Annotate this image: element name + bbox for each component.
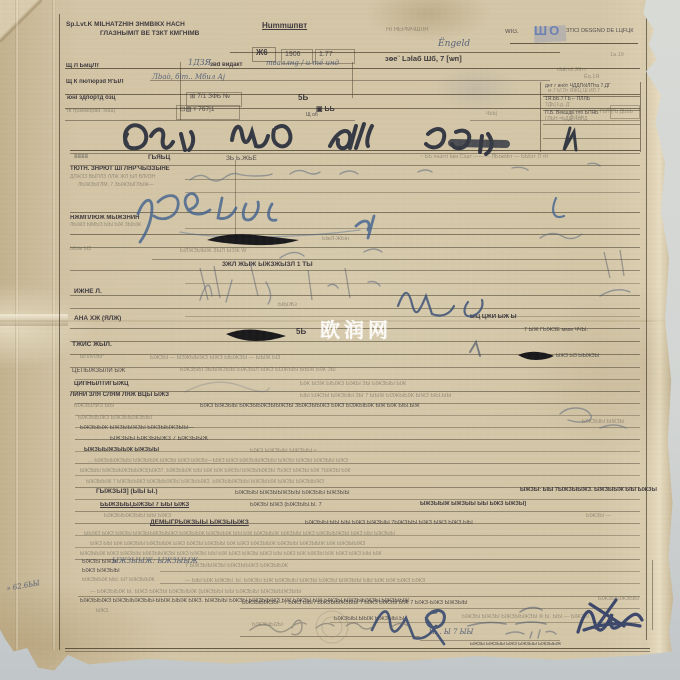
text-handA: тваллнg / и тé инд <box>266 60 339 67</box>
rule-line <box>65 120 355 121</box>
text-r592: — ЫЖЗЫЫЖ Ы. ЫЖЗ ЫЖЗЫ ЫЖЗЫЫЖ (ЫЖЗЫЫ ЫЫ ЫЖ… <box>90 590 301 596</box>
text-seg2t: ⊡▨ т 7б7|1 <box>180 107 214 114</box>
text-caption: ЫЖЗЫ ЫЖЗЫЫ ЫЖЗ ЫЖЗЫЫ ЫЖЗЫЫЖ <box>470 642 561 647</box>
rule-line <box>75 451 640 452</box>
redaction-blob-2 <box>226 330 286 342</box>
text-lab2: Щ К пютюрзd Я'ЫЛ <box>66 79 124 85</box>
text-subR2: Ёq.1Я <box>584 75 599 81</box>
text-t2: ЗЬ Ь.ЖЬЕ <box>226 156 257 163</box>
hatch-marks <box>200 250 624 300</box>
text-postblob: ЫжЛ-ЖЫн <box>322 237 349 243</box>
text-r450a: ЫЖЗЫЫЖЗЫЫЖ ЫЖЗЫЫ <box>84 448 159 454</box>
text-dv2: ЫЖЗ ЫЖЗЫЫ <box>82 569 120 575</box>
text-wig: WІG. <box>505 29 519 35</box>
text-lbl7: ИЖНЕ Л. <box>74 289 102 296</box>
text-r428: ЫЖЗЫЫЖ ЫЖЗЫЫЖЗЫ ЫЖЗЫЫЖЗЫЫ— <box>80 426 194 432</box>
rule-line <box>185 283 640 284</box>
text-seg1a: 1906 <box>285 51 301 58</box>
text-sigrow: ЫЖЗЫЫЖЗЫ— / ЫЖЗ ЫЫ / ЫЖЗЫЫЖЗЫЫ 7 ЫЖЗ ЫЖЗ… <box>242 601 468 607</box>
rule-line <box>65 651 650 652</box>
rule-line <box>75 379 640 380</box>
text-seg1b: 1.77 <box>319 51 333 58</box>
rule-line <box>75 499 640 500</box>
rule-line <box>510 43 638 44</box>
text-handB: Лbаò, бìт.. Мбил Аj <box>152 74 225 81</box>
text-h1905: 1ДЗЯ <box>188 59 211 67</box>
text-n26: Ж6 <box>256 49 268 57</box>
redaction-blob-1 <box>207 234 299 245</box>
text-r384: ЫЖ ЫЗЖ ЫЫЖЗ ЫЖЫ ЗЫ ЫЖЗЫЫ ЫЖ <box>300 382 406 388</box>
text-lbl6a: НЖМПЛЮЖ МЫЖЗНИН <box>70 215 140 221</box>
text-bx1: ▣ ЬЬ <box>316 106 335 113</box>
rule-line <box>185 192 640 193</box>
text-dvc: 7 ЫЖЗЫЫЖЗЫ ЫЖЗЫЫЖЗ ЫЖЗЫЫЖ <box>185 564 288 570</box>
text-demog: ДЕМЫГРЫЖЗЫЫ ЫЖЗЫЫЖЗ <box>150 520 249 527</box>
rule-vline <box>59 14 60 650</box>
text-andmk: звd видакт <box>210 62 242 68</box>
rule-line <box>70 247 640 248</box>
text-para4: ЫЫЖЗ ЫЖЗ ЫЖЗЫ ЫЖЗЫЫЖЗЫЫЖЗ ЫЖЗЫЫЖ ЫЖЗЫЫЖ … <box>84 532 395 537</box>
text-r330: 7 ЫЖ ГЫЖЗЕ ммм ЧЧЫ. <box>524 328 588 334</box>
rule-line <box>70 295 640 296</box>
text-subR1: тіlаbтd Јбlтт <box>556 68 586 74</box>
text-r303: ЫЫЖз <box>278 302 297 308</box>
rule-vline <box>540 82 541 152</box>
text-lab3: юні здпортд öзц <box>67 95 115 101</box>
text-r600R: ЫЖЗЫЫЖЗЫЫ <box>598 597 639 603</box>
rule-line <box>65 648 650 649</box>
text-r406b: ЫЖЗ ЫЖЗЫЫ ЫЖЗЫЫЖЗЫЫЖЗЫ ЗЫЖЗЫЫЖЗ ЫЖЗ ЫЗЖЫ… <box>200 404 420 410</box>
rule-vline <box>235 160 236 238</box>
rule-line <box>230 52 560 53</box>
text-hdr1b: ГЛАЗНЫМІТ ВЕ ТЗКТ КМГНІМВ <box>100 31 199 38</box>
text-r438: ЫЖЗЫЫ ЫЖЗЫЫЖЗ 7 ЫЖЗЫЫЖ <box>110 436 208 442</box>
rule-line <box>75 475 640 476</box>
text-r492: ЫЖЗЫЫ ЫЖЗЫЫЖЗЫЫ ЫЖЗЫЫ ЫЖЗЫЫ <box>235 491 349 497</box>
rule-line <box>70 234 640 235</box>
paper-sheet: Sp.Lvt.K МІLНАТZНІН ЗНМВІКХ НАСНГЛАЗНЫМІ… <box>0 0 680 680</box>
text-r610x: ЫЖЗ. <box>96 609 109 614</box>
text-para3: ЫЖЗЫЫЖ 7 ЫЖЗЫЫЖЗ ЫЖЗЫЫЖЗЫ ЫЖЗЫЫЖЗ. ЫЖЗЫЫ… <box>86 480 324 485</box>
rule-line <box>543 138 640 139</box>
scanned-document-scene: Sp.Lvt.K МІLНАТZНІН ЗНМВІКХ НАСНГЛАЗНЫМІ… <box>0 0 680 680</box>
rule-line <box>75 511 640 512</box>
text-dvd: — ЫЫ ЫЖ ЫЖЗЫ. Ы. ЫЖЗЫ ЫЖ ЫЖЗЫЫ ЫЖЗЫ ЫЖЗЫ… <box>185 579 425 585</box>
rule-line <box>70 270 640 271</box>
text-hdrR2: ЗТІСІ DESGNO DE LЦFЦК <box>566 29 633 35</box>
text-pnote: » 62.6ЬЫ <box>6 580 40 593</box>
rule-line <box>70 212 640 213</box>
text-r356L: ЫПЛИЗЫ° <box>80 355 104 360</box>
text-boxR1b: м.7 ЬГЛт ЯЖЦ Ш ИЛ 7 <box>548 89 600 94</box>
text-r504c: ЫЖЗЫЫЖ ЫЖЗЫЫ ЫЫ ЫЖЗ ЫЖЗЫ] <box>420 502 526 508</box>
rule-line <box>160 571 640 572</box>
text-lbl5a: ТЮТН. ЗНРЮТ ШІ ЛНР'ЧЫЗЗЫНЕ <box>70 166 170 172</box>
text-lab1: Щ Л ЬмцЛт <box>66 63 99 69</box>
text-abl1: ЧЬЬ| <box>486 112 497 117</box>
text-bigR: зѳе¨ Lэlаб Шб, 7 [ѡп] <box>385 55 462 63</box>
text-smla19: 1а.19 <box>610 53 624 59</box>
text-para2: ЫЖЗЫЫ ЫЖЗЫЫЖЗЫЫЖЗ(ЫЖЗ7, ЫЖЗЫЫЖ ЫЫ ЫЖ ЫЖ … <box>80 469 350 474</box>
text-r522: ЫЖЗЫЫ:ЫЫ ЫЫ ЫЖЗ ЫЖЗЫЫ 7ЫЖЗЫЫ ЫЖЗ ЫЖЗ ЫЖЗ… <box>305 521 473 527</box>
text-lbl12: ЛИНИ ЗЛЯ СЛЯМ ЛЯЖ ВЦЫ ЫЖЗ <box>70 392 169 398</box>
rule-line <box>240 636 420 637</box>
text-t1: ГЬЯЬЦ <box>148 155 170 162</box>
text-r504b: ЫЖЗЫ ЫЖЗ (ЫЖЗЫЫ.Ы. 7 <box>250 503 322 509</box>
text-lbl5c: ЛЫЖЗЫГЛМ, 7 ЗЫЖЗЫГЛЫЖ— <box>78 183 154 188</box>
text-r438R: ЫЖЗЫЫ ЫЖЗЫ <box>582 420 625 426</box>
rule-vline <box>352 62 353 98</box>
text-sigmid: ЫЖЗЫ ЫЖЗЫ ЫЖЗЫЫЖЗЫ Ф Ы. ЫЫ — ЫЖЗЫ <box>462 615 589 621</box>
rule-line <box>78 596 640 597</box>
text-boldmid: ЗЖЛ ЖЫЖ ЫЖЗЖЫЗЛ 1 ТЫ <box>222 262 313 269</box>
rule-vline <box>646 14 647 640</box>
text-sigdate: 1Ь . Ы 7 ЫЫ <box>428 629 473 636</box>
text-r450b: ЫЖЗ ЫЖЗЫЫ ЫЖЗЫЫ ≈ <box>250 449 317 455</box>
text-thx: ГЫЖЗЫЗ] (ЫЫ Ы.) <box>96 489 158 496</box>
rule-line <box>543 124 640 125</box>
corner-fold-top-left <box>0 0 42 42</box>
rule-vline <box>640 82 641 152</box>
text-hdrR: НІ НЕРМЧШЛН <box>386 27 429 33</box>
text-bx2: Щ об <box>306 113 318 118</box>
handwriting-mid-dark <box>398 293 483 316</box>
rule-line <box>185 316 640 317</box>
text-cellA: ⊞ 7/1 ЗФЬ № <box>190 94 230 101</box>
text-leftsig: ЫЖЗЫЫ2Ы <box>252 623 283 629</box>
watermark-text: 欧润网 <box>320 314 392 343</box>
text-hdrC: Нummшпвт <box>262 22 307 30</box>
text-r356M: ЫЖЗЫ — ЫЗЖЫЫЖЗ ЫЖЗ ЫЫЖЗЫ — ЫЫЖ ЫЗ <box>150 356 280 362</box>
rule-line <box>152 259 640 260</box>
rule-vline <box>652 560 653 630</box>
text-r250b: ЫЛЖЗЫЫЖ ЗЫЛ ЫЗЖ W <box>180 249 246 255</box>
text-lbl9: ТЖИС ЖЫЛ. <box>72 342 112 349</box>
text-r396: ЫЫ ЫЖЗЫ ЫЖЗЫЫ ЗЫ 7 ЫЫЖ ЫЗЖЫЫЖ ЫЖЗ ЫЫ.ЫЫ <box>300 394 451 400</box>
rule-line <box>240 608 640 609</box>
text-lbl8: АНА ХЖ (ЯЛЖ) <box>74 316 121 323</box>
text-hdr1a: Sp.Lvt.K МІLНАТZНІН ЗНМВІКХ НАСН <box>66 22 185 29</box>
text-r370: ЫЖЗЫЫ ЗЫЫЖЗЫЫ ЫЖЗЫЛ ЫЖЗ ЫЗЖЫЫ ЫЫЖ ЫЖ ЗЫ <box>180 368 336 374</box>
text-r490R: ЫЖЗЫ: ЫЫ 7ЫЖЗЫЫЖЗ. ЫЖЗЫЫЖ ЫЫ ЫЖЗЫ <box>520 488 657 494</box>
rule-line <box>75 415 640 416</box>
text-r356R: ЫЖЗ ЫЗ ЫЫЖЗЫ <box>556 354 599 359</box>
text-rb316: ЫЦ ЦЖИ ЫЖ Ы <box>470 314 517 320</box>
text-siglab: ЫЖЗЫЫ.ЫЫЖ ЫЖЗЫЫ.Ы <box>334 617 404 623</box>
text-t3: ≡≡≡≡ <box>74 154 88 160</box>
text-dv3: ЫЖЗЫЫЖ ЫЫ. Ы7 ЫЖЗЫЫЖ <box>82 578 155 583</box>
text-r504a: ЬЫЖЗЫЫ,ЫЖЗЫ 7 ЫЫ ЫЖЗ <box>100 502 189 508</box>
rule-line <box>70 150 640 151</box>
rule-line <box>75 547 640 548</box>
text-engeld: Ёngеld <box>438 40 470 49</box>
text-n50b: 5Ь <box>296 328 306 336</box>
text-para5: ЫЖЗ ЫЫ ЫЖ ЫЖЗЫЫ ЫЖЗЫЫЖ ЫЖЗ ЫЖЗЫ ЫЖЗЫЫ ЫЖ… <box>90 542 365 547</box>
text-r406a: ЫЖЗЫЛИЗ ЫЫ <box>74 404 114 410</box>
text-para1: … ЫЖЗЫЫЖЗЫЫ ЫЖЗЫЫЖ.ЫЖЗЫ ЫЖЗ ЫЖЗЫ—ЫЖЗ ЫЖЗ… <box>88 459 348 464</box>
text-lbl6b: ЛЫЖЗ ЫМЫЗ ЫЫ ЫЖ ЗЫЫЖ <box>70 223 141 228</box>
rule-line <box>65 108 640 109</box>
text-r418: ЫЖЗЫЫЖЗ ЫЖЗЫЫЖЗЫЫ <box>78 416 152 422</box>
text-lab4: тв гражкюрвd. юшц <box>66 109 115 115</box>
text-r250a: ЫЫж ЫЗ <box>70 247 91 252</box>
text-rdash: ~ ЬЬ пњbтt Ìам Сìшт ——— ЛЬìжòbт — ЬЬЬìт … <box>420 155 548 161</box>
rule-line <box>70 308 640 309</box>
text-stampSO: ШО <box>534 24 561 37</box>
rule-line <box>185 179 640 180</box>
text-lbl11: ЦИПНЫЛТИГЫЖЦ <box>74 381 128 387</box>
text-lbl5b: ДЛЖЗЗ ВЫПЛЗ ЛЛЖ ЖЛ ЫЛ ВЛИЗН <box>70 175 155 180</box>
text-r516R: ЫЖЗЫ — <box>586 514 611 520</box>
rule-line <box>70 367 640 368</box>
text-abl2: ГЬП |ГЬ ДЬЬЬ <box>600 110 633 115</box>
text-n50a: 5Ь <box>298 94 308 102</box>
rule-line <box>185 228 640 229</box>
text-boxR2b: 7ДЬ[ Łд. Д¨ <box>545 103 571 108</box>
text-abl3: Д Т Ч <box>570 116 583 121</box>
text-lbl10: ЦЕПЫЖЗЫЛИ ЫЖ <box>72 368 125 374</box>
